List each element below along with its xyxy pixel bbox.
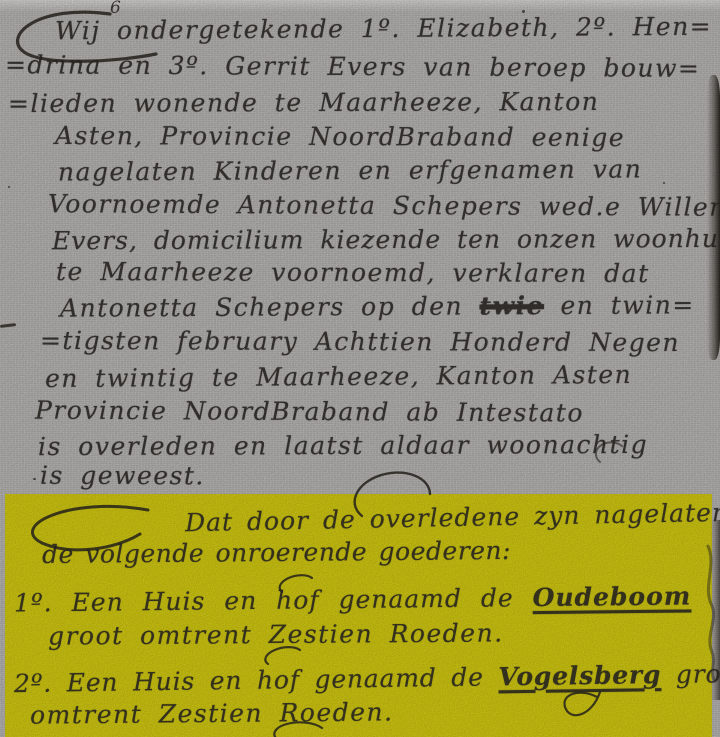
line-text: Antonetta Schepers op den xyxy=(60,291,480,322)
line-text: groot xyxy=(661,659,720,689)
manuscript-line-highlighted: omtrent Zestien Roeden. xyxy=(30,697,394,729)
manuscript-line: en twintig te Maarheeze, Kanton Asten xyxy=(45,360,632,393)
manuscript-line: =lieden wonende te Maarheeze, Kanton xyxy=(8,87,599,118)
document-scan: 6 Wij ondergetekende 1º. Elizabeth, 2º. … xyxy=(0,0,720,737)
underlined-word: Vogelsberg xyxy=(498,660,661,691)
manuscript-line-highlighted: groot omtrent Zestien Roeden. xyxy=(48,618,504,650)
ink-speck xyxy=(663,182,665,184)
manuscript-line: =drina en 3º. Gerrit Evers van beroep bo… xyxy=(5,50,701,83)
manuscript-line: te Maarheeze voornoemd, verklaren dat xyxy=(56,257,650,288)
manuscript-line: nagelaten Kinderen en erfgenamen van xyxy=(58,154,642,186)
struck-word: twie xyxy=(479,291,544,320)
manuscript-line: Evers, domicilium kiezende ten onzen woo… xyxy=(52,224,720,255)
manuscript-line: is overleden en laatst aldaar woonachtig xyxy=(38,430,648,461)
line-text: en twin= xyxy=(544,290,695,320)
manuscript-line: Voornoemde Antonetta Schepers wed.e Will… xyxy=(48,189,720,222)
manuscript-line: Provincie NoordBraband ab Intestato xyxy=(35,396,584,428)
manuscript-line: =tigsten february Achttien Honderd Negen xyxy=(40,326,680,357)
scan-top-edge xyxy=(0,0,720,12)
underlined-word: Oudeboom xyxy=(532,581,691,612)
manuscript-line: Asten, Provincie NoordBraband eenige xyxy=(55,121,625,152)
manuscript-line-highlighted: de volgende onroerende goederen: xyxy=(42,536,511,569)
line-text: 1º. Een Huis en hof genaamd de xyxy=(14,583,533,617)
ink-speck xyxy=(8,186,10,188)
manuscript-line: is geweest. xyxy=(40,461,205,491)
ink-speck xyxy=(33,478,36,480)
manuscript-line: Antonetta Schepers op den twie en twin= xyxy=(60,290,695,322)
manuscript-line: Wij ondergetekende 1º. Elizabeth, 2º. He… xyxy=(55,12,712,46)
